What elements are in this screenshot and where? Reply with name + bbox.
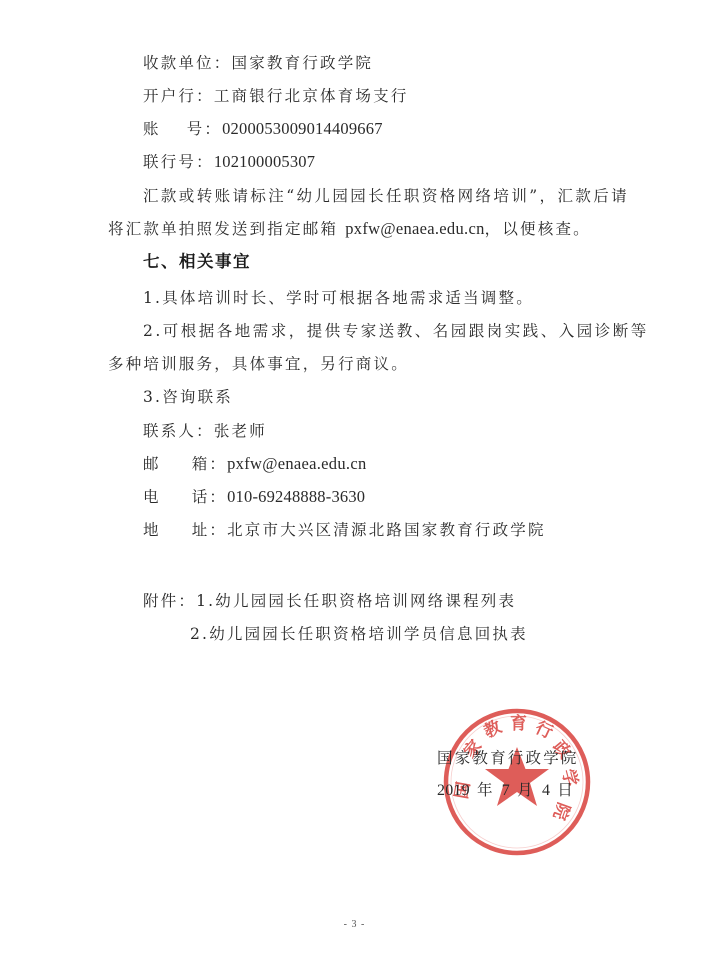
item-2-line1: 2.可根据各地需求，提供专家送教、名园跟岗实践、入园诊断等 xyxy=(143,321,649,341)
payee-line: 收款单位：国家教育行政学院 xyxy=(143,53,373,73)
item-2-line2: 多种培训服务，具体事宜，另行商议。 xyxy=(108,354,409,374)
contact-email-line: 邮箱：pxfw@enaea.edu.cn xyxy=(143,454,367,474)
account-label-a: 账 xyxy=(143,120,161,138)
contact-phone-value: 010-69248888-3630 xyxy=(227,487,365,506)
date-year: 2019 xyxy=(437,782,470,799)
svg-text:育: 育 xyxy=(510,713,527,734)
routing-label: 联行号： xyxy=(143,153,214,171)
bank-line: 开户行：工商银行北京体育场支行 xyxy=(143,86,409,106)
contact-email-label-a: 邮 xyxy=(143,455,161,473)
account-label-b: 号： xyxy=(187,120,222,138)
section-heading: 七、相关事宜 xyxy=(143,252,251,272)
contact-address-line: 地址：北京市大兴区清源北路国家教育行政学院 xyxy=(143,520,546,540)
contact-person-label: 联系人： xyxy=(143,422,214,440)
svg-text:院: 院 xyxy=(549,800,575,823)
remittance-note-suffix: ，以便核查。 xyxy=(485,220,591,238)
bank-label: 开户行： xyxy=(143,87,214,105)
contact-email-link[interactable]: pxfw@enaea.edu.cn xyxy=(227,454,366,473)
contact-address-label-b: 址： xyxy=(192,521,227,539)
signature-date: 2019 年 7 月 4 日 xyxy=(437,780,575,801)
item-1: 1.具体培训时长、学时可根据各地需求适当调整。 xyxy=(143,288,534,308)
remittance-email-link[interactable]: pxfw@enaea.edu.cn xyxy=(345,219,484,238)
routing-number: 102100005307 xyxy=(214,152,315,171)
account-number: 0200053009014409667 xyxy=(222,119,383,138)
bank-value: 工商银行北京体育场支行 xyxy=(214,87,409,105)
date-year-suffix: 年 xyxy=(470,781,502,799)
contact-person-value: 张老师 xyxy=(214,422,267,440)
date-month-suffix: 月 xyxy=(510,781,542,799)
page-number: - 3 - xyxy=(0,919,709,930)
account-line: 账号：0200053009014409667 xyxy=(143,119,383,139)
remittance-note-line2: 将汇款单拍照发送到指定邮箱 pxfw@enaea.edu.cn，以便核查。 xyxy=(108,219,591,239)
date-month: 7 xyxy=(502,782,510,799)
date-day: 4 xyxy=(542,782,550,799)
date-day-suffix: 日 xyxy=(550,781,575,799)
attachment-line-1: 附件：1.幼儿园园长任职资格培训网络课程列表 xyxy=(143,591,516,611)
contact-person-line: 联系人：张老师 xyxy=(143,421,267,441)
remittance-note-line1: 汇款或转账请标注“幼儿园园长任职资格网络培训”，汇款后请 xyxy=(143,186,629,206)
contact-email-label-b: 箱： xyxy=(192,455,227,473)
attachment-item-2: 2.幼儿园园长任职资格培训学员信息回执表 xyxy=(190,625,528,643)
contact-address-value: 北京市大兴区清源北路国家教育行政学院 xyxy=(227,521,546,539)
payee-label: 收款单位： xyxy=(143,54,232,72)
contact-phone-label-a: 电 xyxy=(143,488,161,506)
payee-value: 国家教育行政学院 xyxy=(232,54,374,72)
remittance-note-text: 将汇款单拍照发送到指定邮箱 xyxy=(108,220,345,238)
contact-phone-line: 电话：010-69248888-3630 xyxy=(143,487,365,507)
routing-line: 联行号：102100005307 xyxy=(143,152,315,172)
attachment-item-1: 1.幼儿园园长任职资格培训网络课程列表 xyxy=(196,592,516,610)
item-3: 3.咨询联系 xyxy=(143,387,233,407)
signature-organization: 国家教育行政学院 xyxy=(437,748,579,768)
contact-phone-label-b: 话： xyxy=(192,488,227,506)
document-page: 收款单位：国家教育行政学院 开户行：工商银行北京体育场支行 账号：0200053… xyxy=(0,0,709,975)
attachments-label: 附件： xyxy=(143,592,196,610)
attachment-line-2: 2.幼儿园园长任职资格培训学员信息回执表 xyxy=(190,624,528,644)
contact-address-label-a: 地 xyxy=(143,521,161,539)
